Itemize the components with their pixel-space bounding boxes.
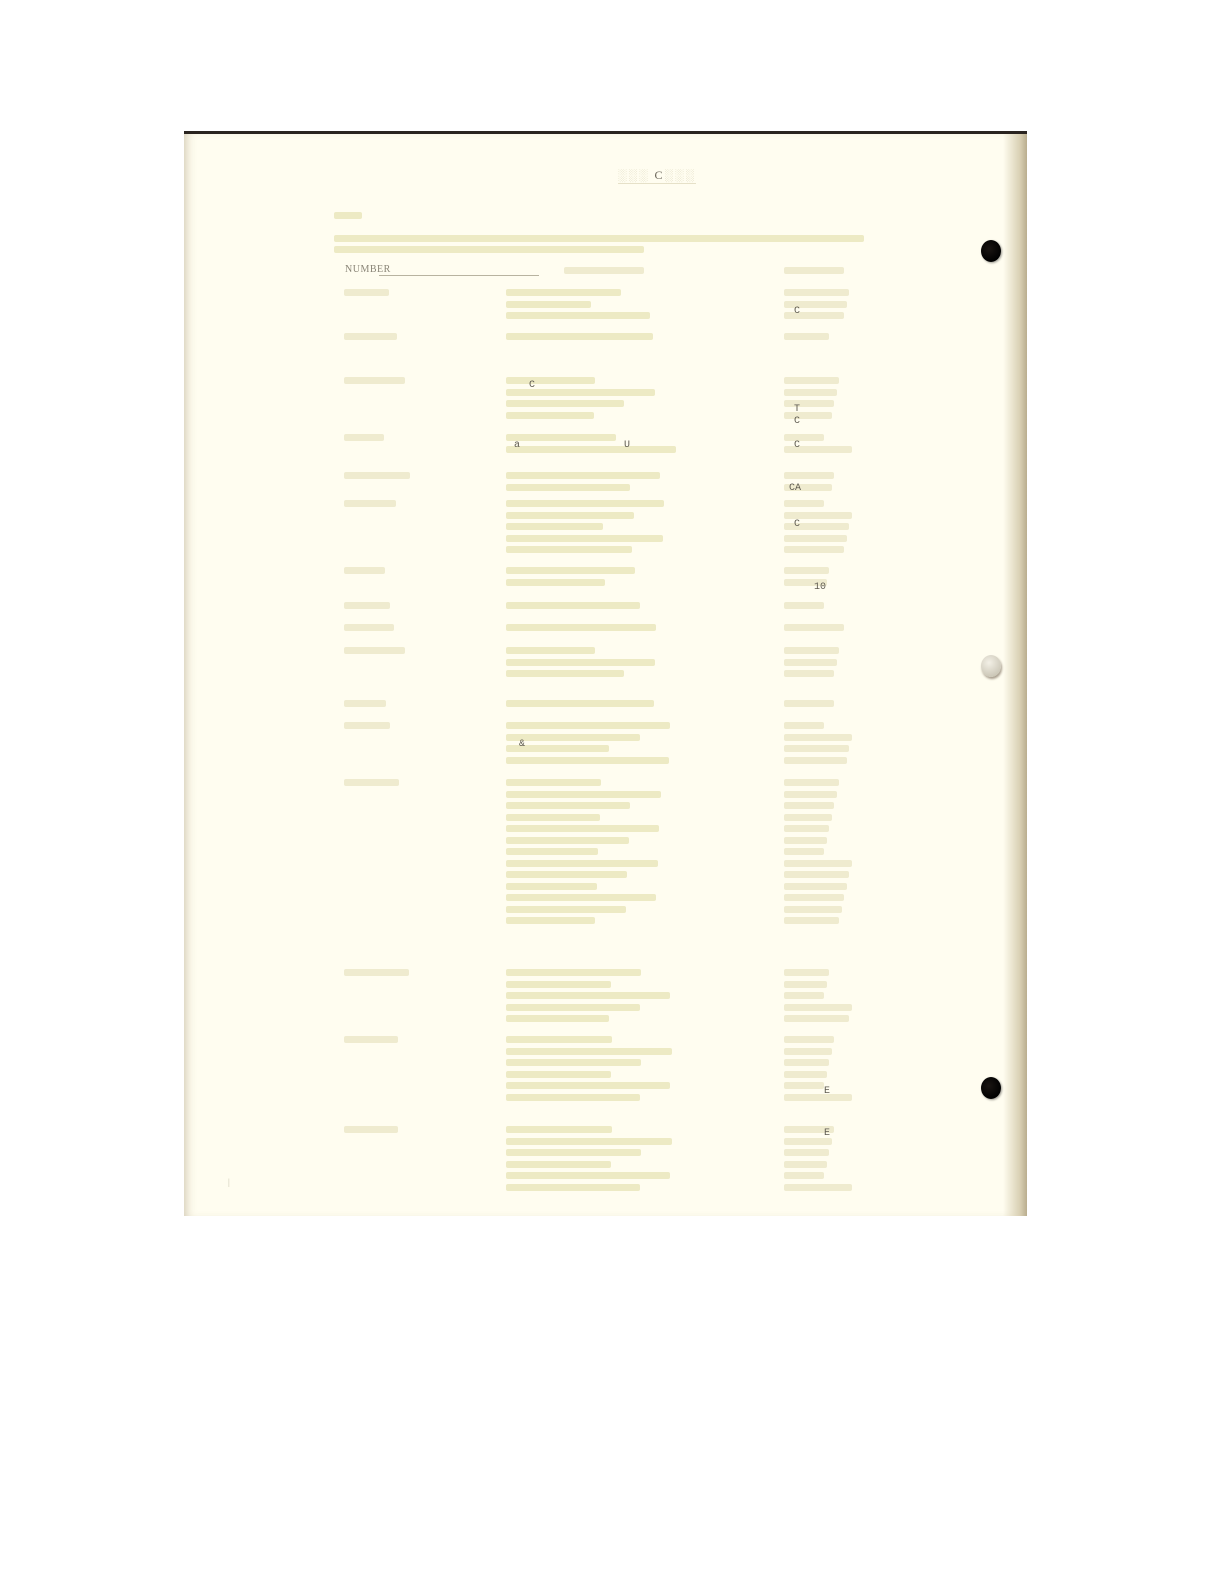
scanned-page: ░░░ C░░░ NUMBER CCTCaUCCAC10&EE |: [184, 131, 1027, 1216]
column-header-number: NUMBER: [345, 264, 391, 275]
section-label: [334, 212, 362, 219]
row-status: [784, 969, 829, 976]
row-description: [506, 602, 640, 609]
row-description: [506, 981, 611, 988]
row-status: [784, 389, 837, 396]
row-description: [506, 1126, 612, 1133]
row-description: [506, 1059, 641, 1066]
row-status: [784, 871, 849, 878]
row-description: [506, 567, 635, 574]
row-description: [506, 670, 624, 677]
row-description: [506, 1161, 611, 1168]
row-status: [784, 535, 847, 542]
row-number: [344, 472, 410, 479]
row-number: [344, 1036, 398, 1043]
document-title: ░░░ C░░░: [618, 168, 696, 184]
row-description: [506, 500, 664, 507]
row-description: [506, 722, 670, 729]
legible-fragment: C: [794, 440, 800, 451]
row-description: [506, 400, 624, 407]
row-description: [506, 535, 663, 542]
row-description: [506, 579, 605, 586]
row-status: [784, 1172, 824, 1179]
legible-fragment: T: [794, 404, 800, 415]
row-status: [784, 400, 834, 407]
legible-fragment: &: [519, 739, 525, 750]
row-status: [784, 1082, 824, 1089]
row-description: [506, 523, 603, 530]
row-number: [344, 289, 389, 296]
legible-fragment: a: [514, 440, 520, 451]
row-status: [784, 917, 839, 924]
row-description: [506, 1138, 672, 1145]
row-status: [784, 992, 824, 999]
row-status: [784, 1048, 832, 1055]
row-status: [784, 1004, 852, 1011]
column-header-description: [564, 267, 644, 274]
row-status: [784, 567, 829, 574]
row-status: [784, 1015, 849, 1022]
row-description: [506, 917, 595, 924]
row-description: [506, 779, 601, 786]
row-status: [784, 500, 824, 507]
row-status: [784, 894, 844, 901]
row-status: [784, 312, 844, 319]
intro-text-line: [334, 246, 644, 253]
row-description: [506, 700, 654, 707]
row-status: [784, 722, 824, 729]
row-description: [506, 1071, 611, 1078]
row-description: [506, 969, 641, 976]
row-number: [344, 434, 384, 441]
row-status: [784, 1094, 852, 1101]
row-status: [784, 434, 824, 441]
row-status: [784, 802, 834, 809]
row-description: [506, 894, 656, 901]
margin-mark: |: [228, 1177, 230, 1187]
row-description: [506, 1015, 609, 1022]
row-number: [344, 722, 390, 729]
row-number: [344, 500, 396, 507]
row-description: [506, 1036, 612, 1043]
legible-fragment: C: [794, 306, 800, 317]
legible-fragment: CA: [789, 483, 801, 494]
row-description: [506, 860, 658, 867]
column-header-status: [784, 267, 844, 274]
row-description: [506, 1149, 641, 1156]
row-status: [784, 624, 844, 631]
row-status: [784, 1184, 852, 1191]
row-number: [344, 647, 405, 654]
row-description: [506, 791, 661, 798]
row-description: [506, 289, 621, 296]
row-description: [506, 883, 597, 890]
row-description: [506, 1048, 672, 1055]
row-status: [784, 734, 852, 741]
row-description: [506, 848, 598, 855]
row-status: [784, 647, 839, 654]
row-status: [784, 1149, 829, 1156]
row-number: [344, 779, 399, 786]
punch-hole: [981, 1077, 1001, 1099]
row-description: [506, 312, 650, 319]
row-number: [344, 377, 405, 384]
legible-fragment: E: [824, 1128, 830, 1139]
legible-fragment: E: [824, 1086, 830, 1097]
row-number: [344, 567, 385, 574]
row-description: [506, 647, 595, 654]
title-fragment: C: [655, 168, 665, 182]
legible-fragment: C: [794, 416, 800, 427]
row-status: [784, 848, 824, 855]
row-status: [784, 906, 842, 913]
row-status: [784, 779, 839, 786]
row-status: [784, 546, 844, 553]
row-status: [784, 412, 832, 419]
row-description: [506, 1004, 640, 1011]
row-number: [344, 333, 397, 340]
row-number: [344, 700, 386, 707]
legible-fragment: 10: [814, 582, 826, 593]
row-status: [784, 602, 824, 609]
row-number: [344, 969, 409, 976]
row-status: [784, 1161, 827, 1168]
row-status: [784, 745, 849, 752]
row-status: [784, 333, 829, 340]
row-status: [784, 814, 832, 821]
row-description: [506, 659, 655, 666]
row-status: [784, 472, 834, 479]
row-description: [506, 412, 594, 419]
row-description: [506, 1094, 640, 1101]
row-description: [506, 837, 629, 844]
row-status: [784, 860, 852, 867]
row-description: [506, 624, 656, 631]
row-number: [344, 602, 390, 609]
row-status: [784, 512, 852, 519]
row-description: [506, 434, 616, 441]
row-status: [784, 837, 827, 844]
row-description: [506, 333, 653, 340]
legible-fragment: C: [794, 519, 800, 530]
row-description: [506, 546, 632, 553]
row-description: [506, 825, 659, 832]
punch-hole: [981, 240, 1001, 262]
row-description: [506, 1082, 670, 1089]
row-status: [784, 825, 829, 832]
intro-text-line: [334, 235, 864, 242]
punch-hole: [981, 655, 1001, 677]
legible-fragment: C: [529, 380, 535, 391]
row-status: [784, 791, 837, 798]
row-status: [784, 1059, 829, 1066]
row-status: [784, 670, 834, 677]
row-status: [784, 1036, 834, 1043]
row-status: [784, 981, 827, 988]
row-status: [784, 377, 839, 384]
row-description: [506, 484, 630, 491]
row-description: [506, 871, 627, 878]
row-description: [506, 734, 640, 741]
row-status: [784, 700, 834, 707]
row-number: [344, 624, 394, 631]
row-description: [506, 802, 630, 809]
row-status: [784, 757, 847, 764]
row-description: [506, 446, 676, 453]
row-description: [506, 992, 670, 999]
row-status: [784, 289, 849, 296]
row-description: [506, 472, 660, 479]
row-number: [344, 1126, 398, 1133]
row-description: [506, 377, 595, 384]
row-description: [506, 1172, 670, 1179]
row-status: [784, 659, 837, 666]
row-status: [784, 1071, 827, 1078]
row-description: [506, 757, 669, 764]
row-description: [506, 512, 634, 519]
legible-fragment: U: [624, 440, 630, 451]
row-status: [784, 883, 847, 890]
row-description: [506, 301, 591, 308]
row-description: [506, 1184, 640, 1191]
row-description: [506, 814, 600, 821]
row-description: [506, 906, 626, 913]
header-rule: [379, 275, 539, 276]
